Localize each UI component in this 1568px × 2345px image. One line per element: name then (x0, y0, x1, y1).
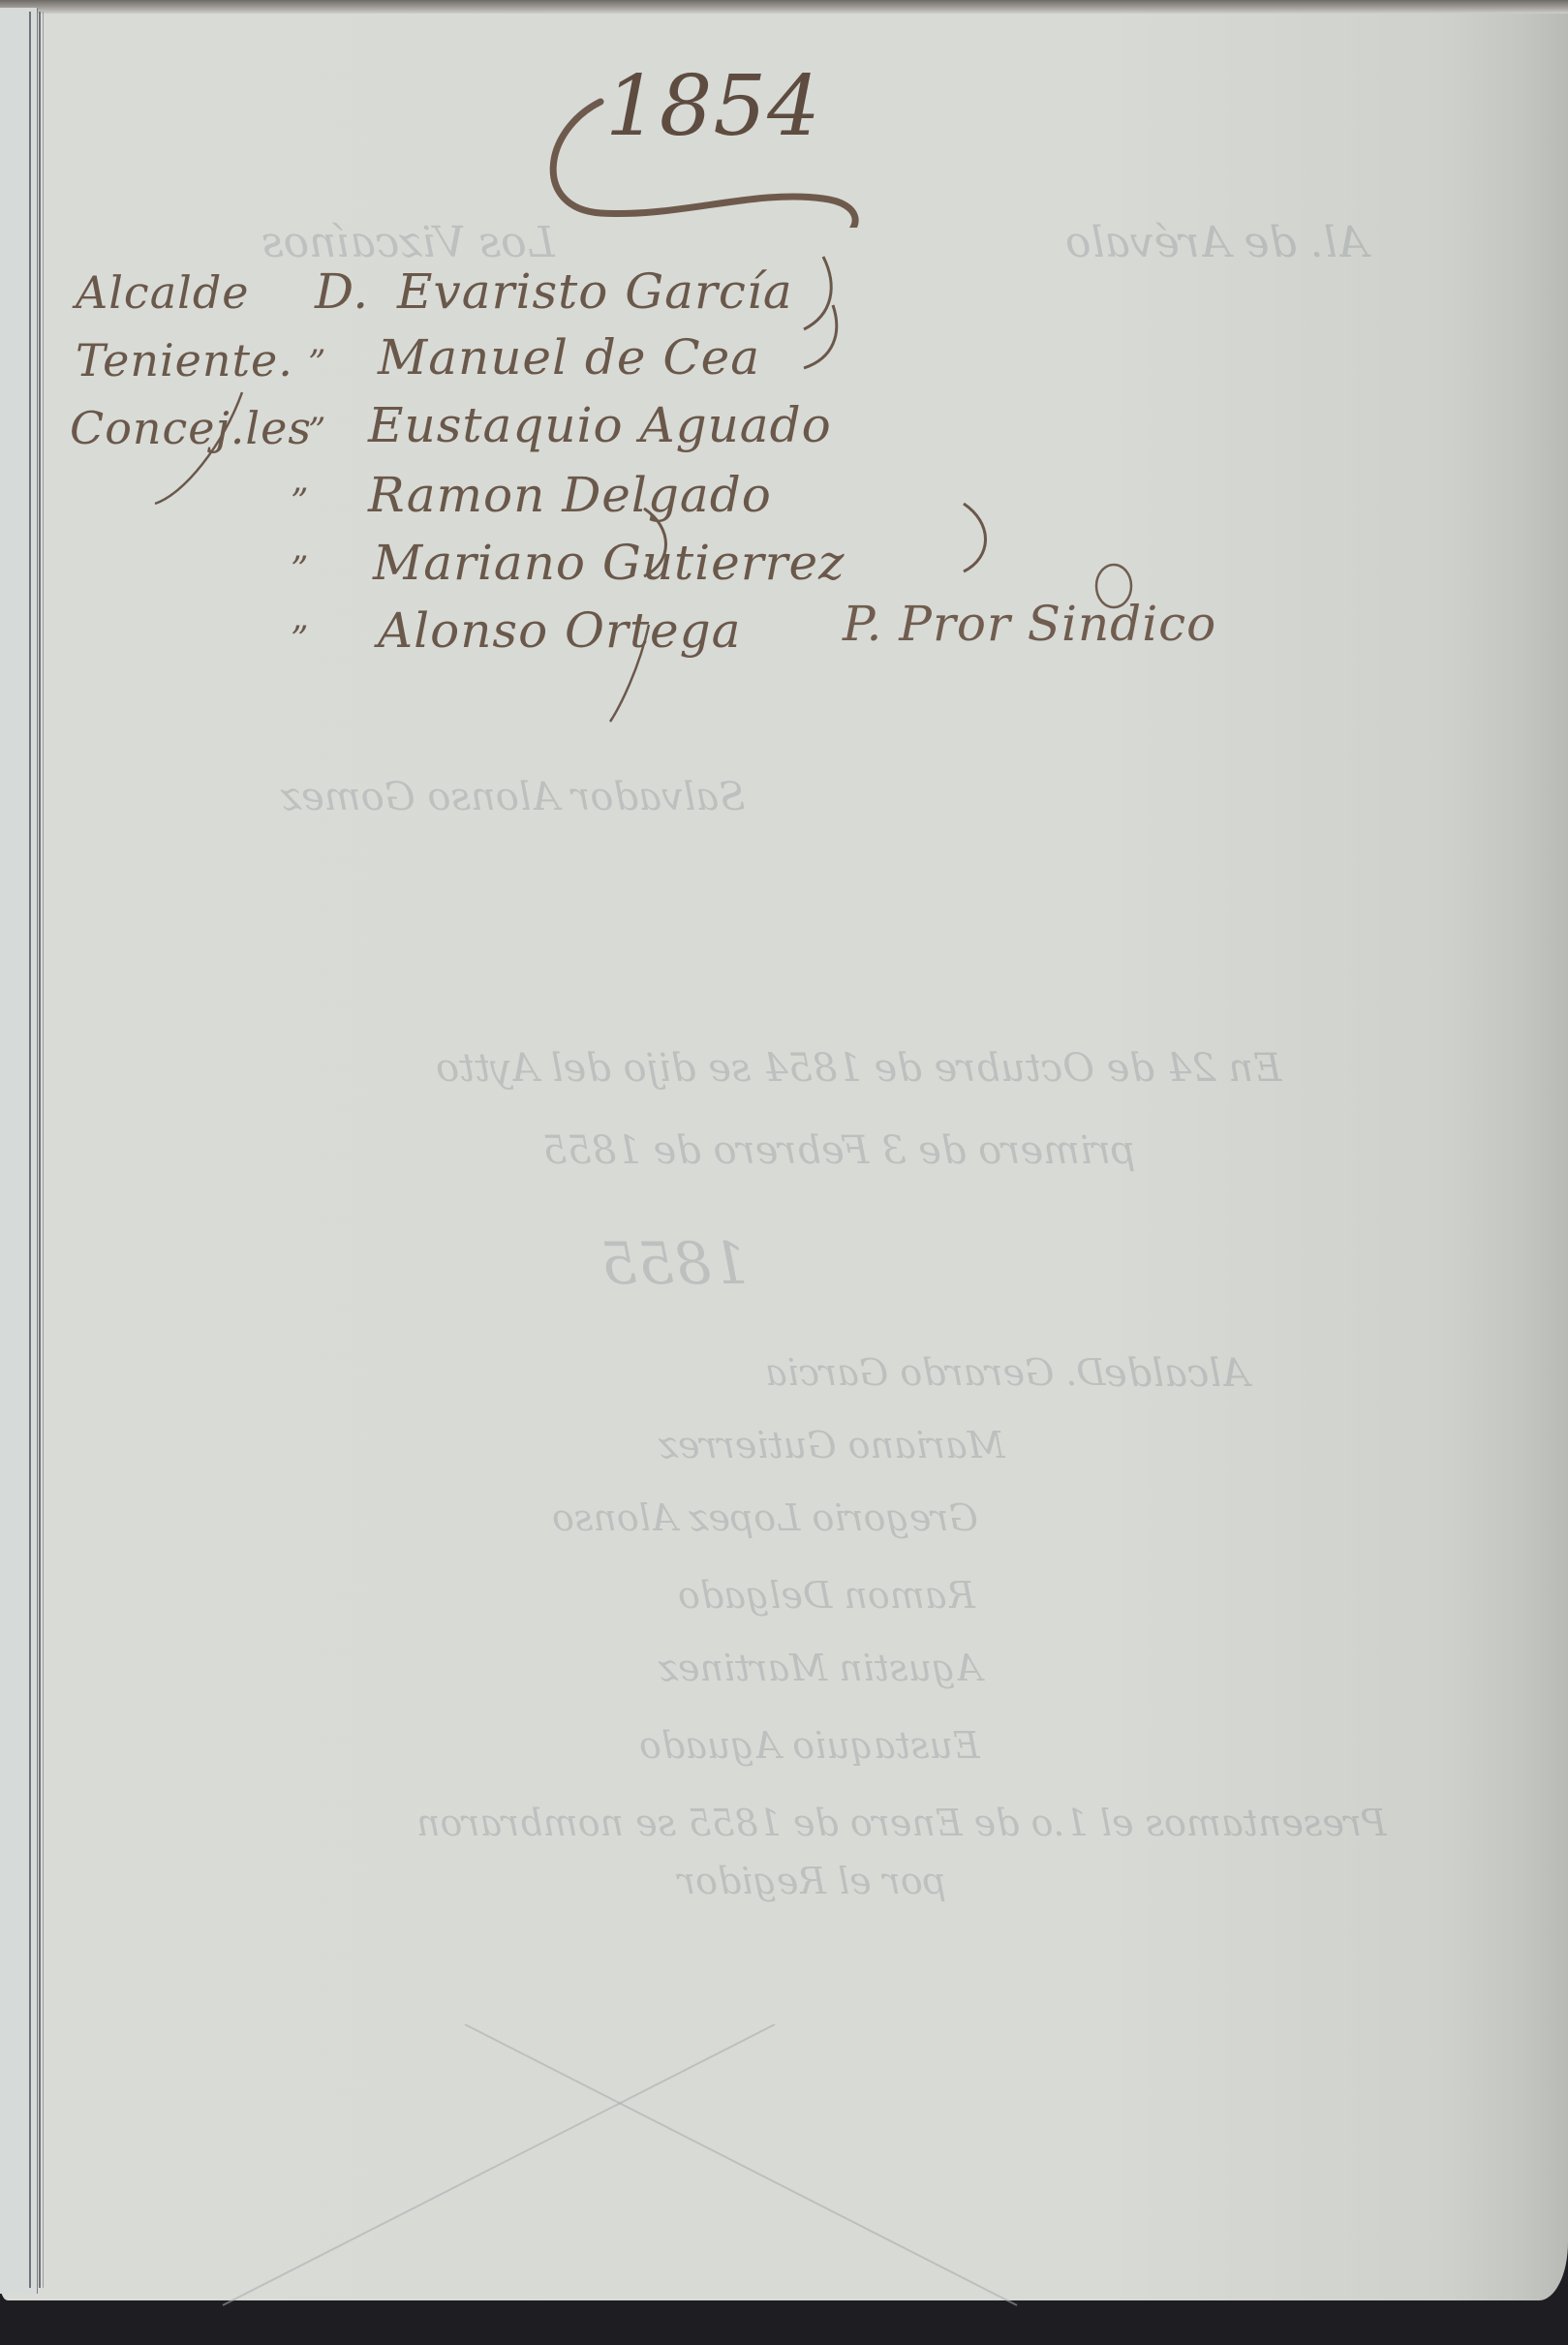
manuscript-page: Al. de Arévalo Los Vizcaínos Salvador Al… (0, 0, 1568, 2300)
descender-flourish (600, 620, 659, 726)
role-label: Alcalde (76, 266, 250, 319)
person-name: Manuel de Cea (378, 329, 760, 386)
descender-flourish (145, 387, 261, 513)
ditto-mark: ” (308, 344, 326, 384)
person-name: Evaristo García (397, 263, 793, 320)
ditto-mark: ” (308, 412, 326, 451)
person-name: Alonso Ortega (378, 602, 741, 659)
role-suffix: P. Pror Sindico (843, 596, 1216, 652)
bracket-mark (959, 499, 998, 576)
person-name: Ramon Delgado (368, 467, 772, 523)
person-name: Eustaquio Aguado (368, 397, 832, 453)
ditto-mark: ” (291, 550, 309, 590)
year-flourish (542, 92, 872, 228)
ditto-mark: ” (291, 482, 309, 522)
ditto-mark: ” (291, 620, 309, 660)
role-label: Teniente. (76, 334, 293, 386)
honorific: D. (315, 263, 369, 320)
person-name: Mariano Gutierrez (373, 535, 845, 591)
bracket-mark (639, 504, 678, 581)
brace-mark (794, 247, 852, 373)
flourish-loop (1085, 557, 1143, 625)
